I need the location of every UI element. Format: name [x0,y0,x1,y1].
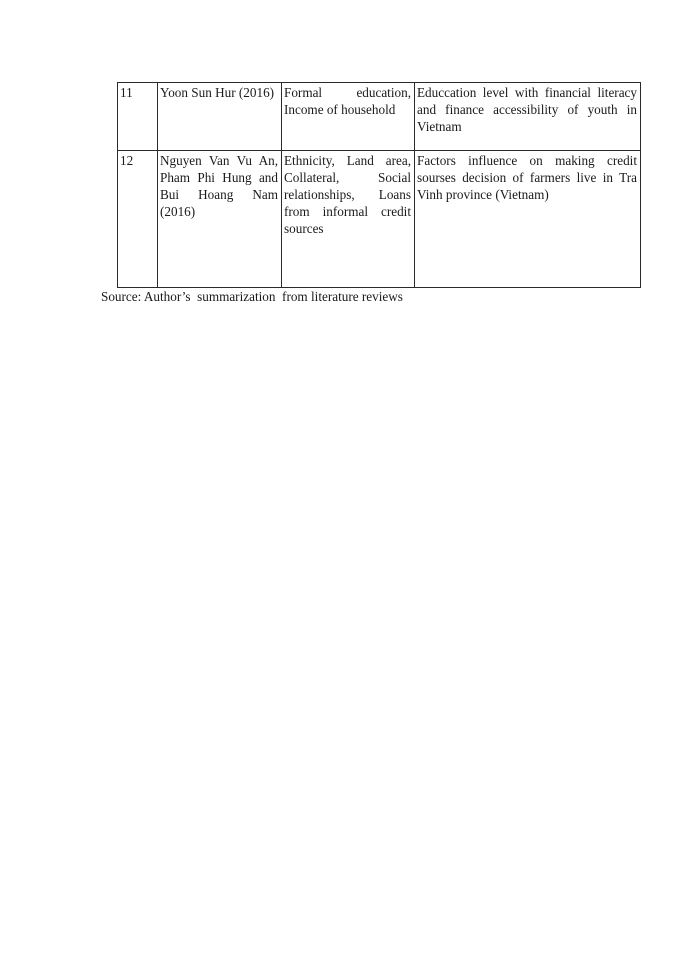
cell-number: 11 [118,83,158,151]
source-note: Source: Author’s summarization from lite… [101,289,403,305]
cell-author: Yoon Sun Hur (2016) [158,83,282,151]
cell-topic: Educcation level with financial literacy… [415,83,641,151]
table-row: 12 Nguyen Van Vu An, Pham Phi Hung and B… [118,151,641,288]
table-row: 11 Yoon Sun Hur (2016) Formal education,… [118,83,641,151]
cell-factors: Formal education, Income of household [282,83,415,151]
cell-number: 12 [118,151,158,288]
cell-topic: Factors influence on making credit sours… [415,151,641,288]
cell-author: Nguyen Van Vu An, Pham Phi Hung and Bui … [158,151,282,288]
literature-review-table: 11 Yoon Sun Hur (2016) Formal education,… [117,82,641,288]
cell-factors: Ethnicity, Land area, Collateral, Social… [282,151,415,288]
